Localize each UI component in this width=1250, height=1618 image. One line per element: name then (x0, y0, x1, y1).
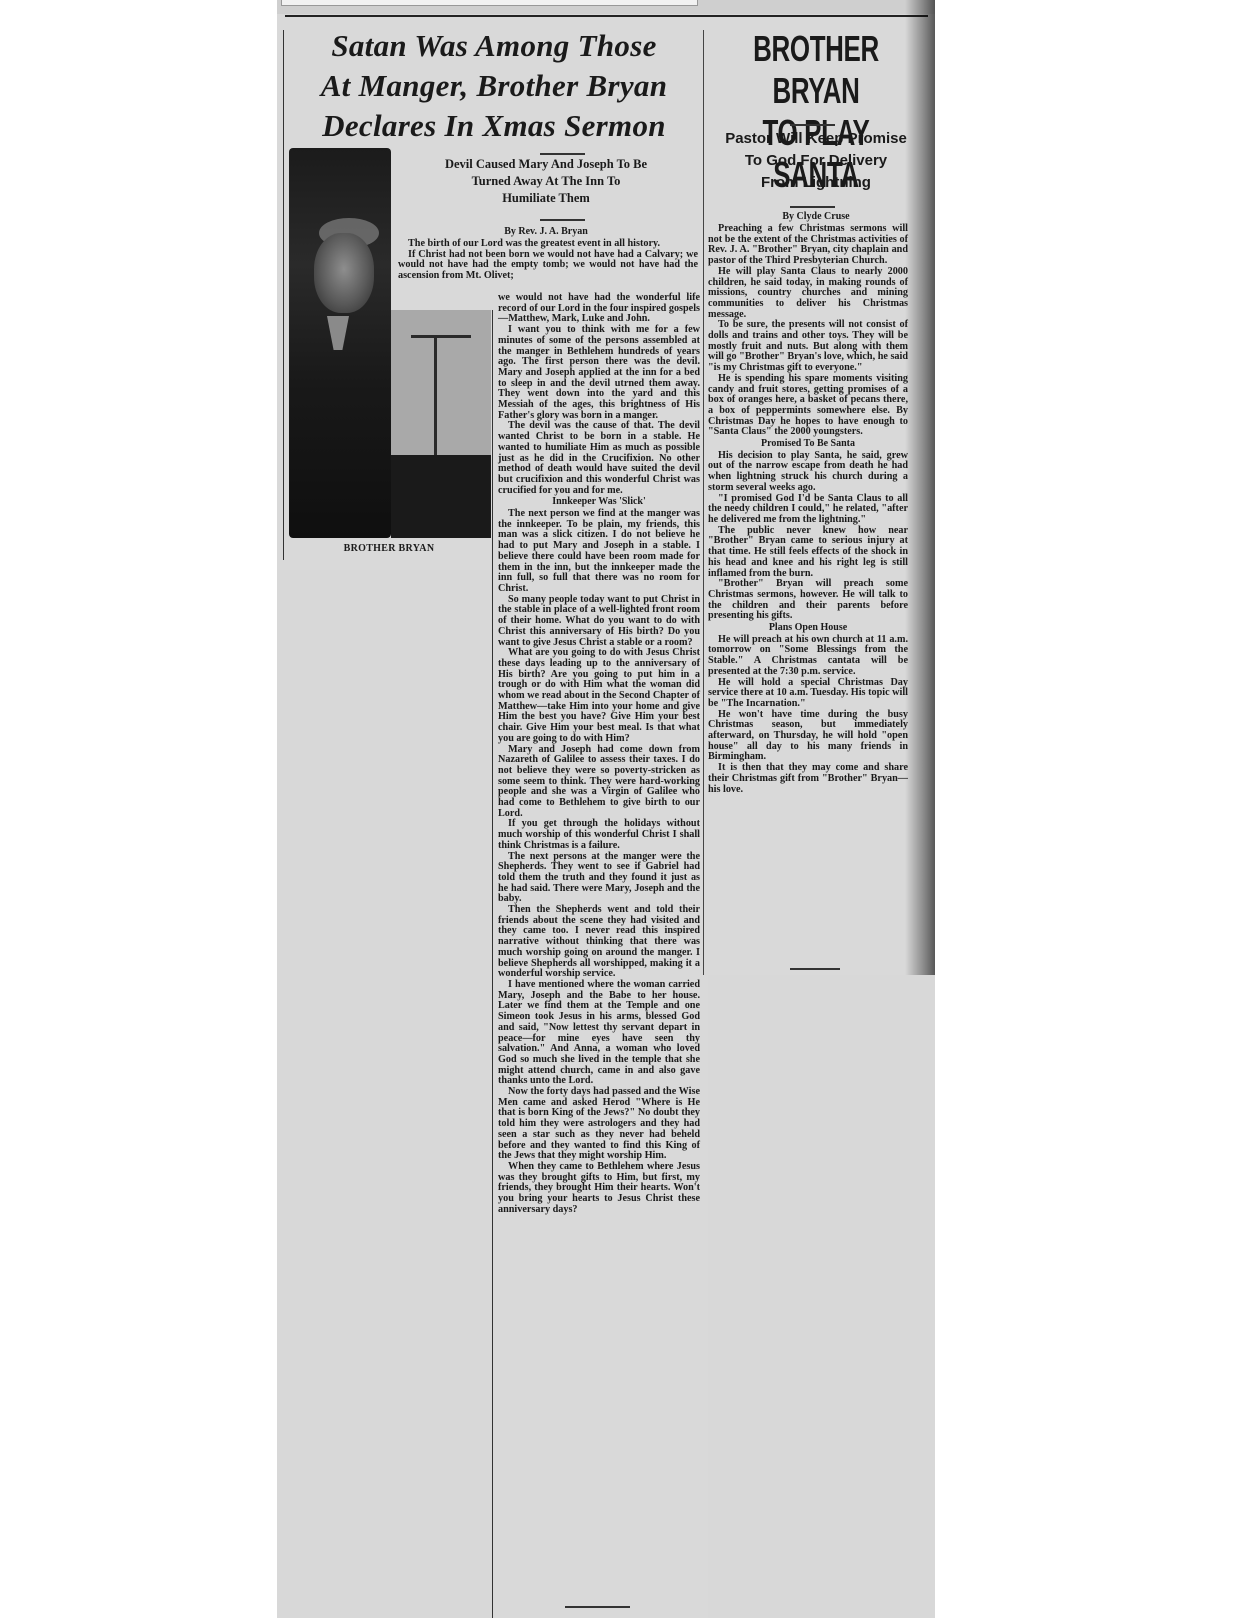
paragraph: The next persons at the manger were the … (498, 852, 700, 906)
masthead-box (281, 0, 698, 6)
paragraph: What are you going to do with Jesus Chri… (498, 648, 700, 744)
left-deck: Devil Caused Mary And Joseph To Be Turne… (396, 156, 696, 207)
paragraph: It is then that they may come and share … (708, 763, 908, 795)
headline-line-1: Satan Was Among Those (290, 26, 698, 66)
paragraph: Preaching a few Christmas sermons will n… (708, 224, 908, 267)
center-column-left-rule (492, 310, 493, 1618)
photo-lectern (434, 335, 437, 460)
paragraph: He won't have time during the busy Chris… (708, 710, 908, 764)
photo-lectern-top (411, 335, 471, 338)
right-deck-rule-top (790, 124, 835, 126)
deck-rule-bottom (540, 219, 585, 221)
photo-collar (327, 316, 349, 350)
subhead-innkeeper: Innkeeper Was 'Slick' (498, 497, 700, 508)
paragraph: The next person we find at the manger wa… (498, 509, 700, 595)
paragraph: "I promised God I'd be Santa Claus to al… (708, 494, 908, 526)
right-byline: By Clyde Cruse (704, 211, 928, 222)
right-headline-line-1: BROTHER BRYAN (735, 28, 896, 112)
paragraph: Now the forty days had passed and the Wi… (498, 1087, 700, 1162)
paragraph: To be sure, the presents will not consis… (708, 320, 908, 374)
paragraph: I have mentioned where the woman carried… (498, 980, 700, 1087)
paragraph: His decision to play Santa, he said, gre… (708, 451, 908, 494)
paragraph: If Christ had not been born we would not… (398, 250, 698, 282)
paragraph: we would not have had the wonderful life… (498, 293, 700, 325)
left-intro-text: The birth of our Lord was the greatest e… (398, 239, 698, 282)
subhead-promised: Promised To Be Santa (708, 439, 908, 450)
photo-caption: BROTHER BRYAN (289, 543, 489, 554)
left-center-column: we would not have had the wonderful life… (498, 293, 700, 1215)
right-deck-line-1: Pastor Will Keep Promise (704, 128, 928, 150)
left-byline: By Rev. J. A. Bryan (396, 226, 696, 237)
paragraph: When they came to Bethlehem where Jesus … (498, 1162, 700, 1216)
paragraph: "Brother" Bryan will preach some Christm… (708, 579, 908, 622)
left-border-rule (283, 30, 284, 560)
paragraph: He is spending his spare moments visitin… (708, 374, 908, 438)
right-column-text: Preaching a few Christmas sermons will n… (708, 224, 908, 795)
blank-area-right (708, 975, 935, 1618)
headline-line-3: Declares In Xmas Sermon (290, 106, 698, 146)
paragraph: Then the Shepherds went and told their f… (498, 905, 700, 980)
right-deck: Pastor Will Keep Promise To God For Deli… (704, 128, 928, 194)
deck-line-3: Humiliate Them (396, 190, 696, 207)
paragraph: The public never knew how near "Brother"… (708, 526, 908, 580)
left-headline: Satan Was Among Those At Manger, Brother… (290, 26, 698, 146)
paragraph: He will preach at his own church at 11 a… (708, 635, 908, 678)
paragraph: So many people today want to put Christ … (498, 595, 700, 649)
paragraph: I want you to think with me for a few mi… (498, 325, 700, 421)
end-rule-right (790, 968, 840, 970)
brother-bryan-photo (289, 148, 391, 538)
paragraph: If you get through the holidays without … (498, 819, 700, 851)
paragraph: Mary and Joseph had come down from Nazar… (498, 745, 700, 820)
photo-extension (391, 310, 491, 538)
paragraph: He will play Santa Claus to nearly 2000 … (708, 267, 908, 321)
right-deck-rule-bottom (790, 206, 835, 208)
deck-line-1: Devil Caused Mary And Joseph To Be (396, 156, 696, 173)
photo-desk (391, 455, 491, 538)
paragraph: The devil was the cause of that. The dev… (498, 421, 700, 496)
end-rule-left (565, 1606, 630, 1608)
deck-rule-top (540, 153, 585, 155)
top-rule (285, 15, 928, 17)
headline-line-2: At Manger, Brother Bryan (290, 66, 698, 106)
subhead-open-house: Plans Open House (708, 623, 908, 634)
photo-face (314, 233, 374, 313)
blank-area-left (277, 570, 490, 1618)
right-deck-line-2: To God For Delivery (704, 150, 928, 172)
page-edge-shadow (905, 0, 935, 975)
right-deck-line-3: From Lightning (704, 172, 928, 194)
paragraph: He will hold a special Christmas Day ser… (708, 678, 908, 710)
deck-line-2: Turned Away At The Inn To (396, 173, 696, 190)
